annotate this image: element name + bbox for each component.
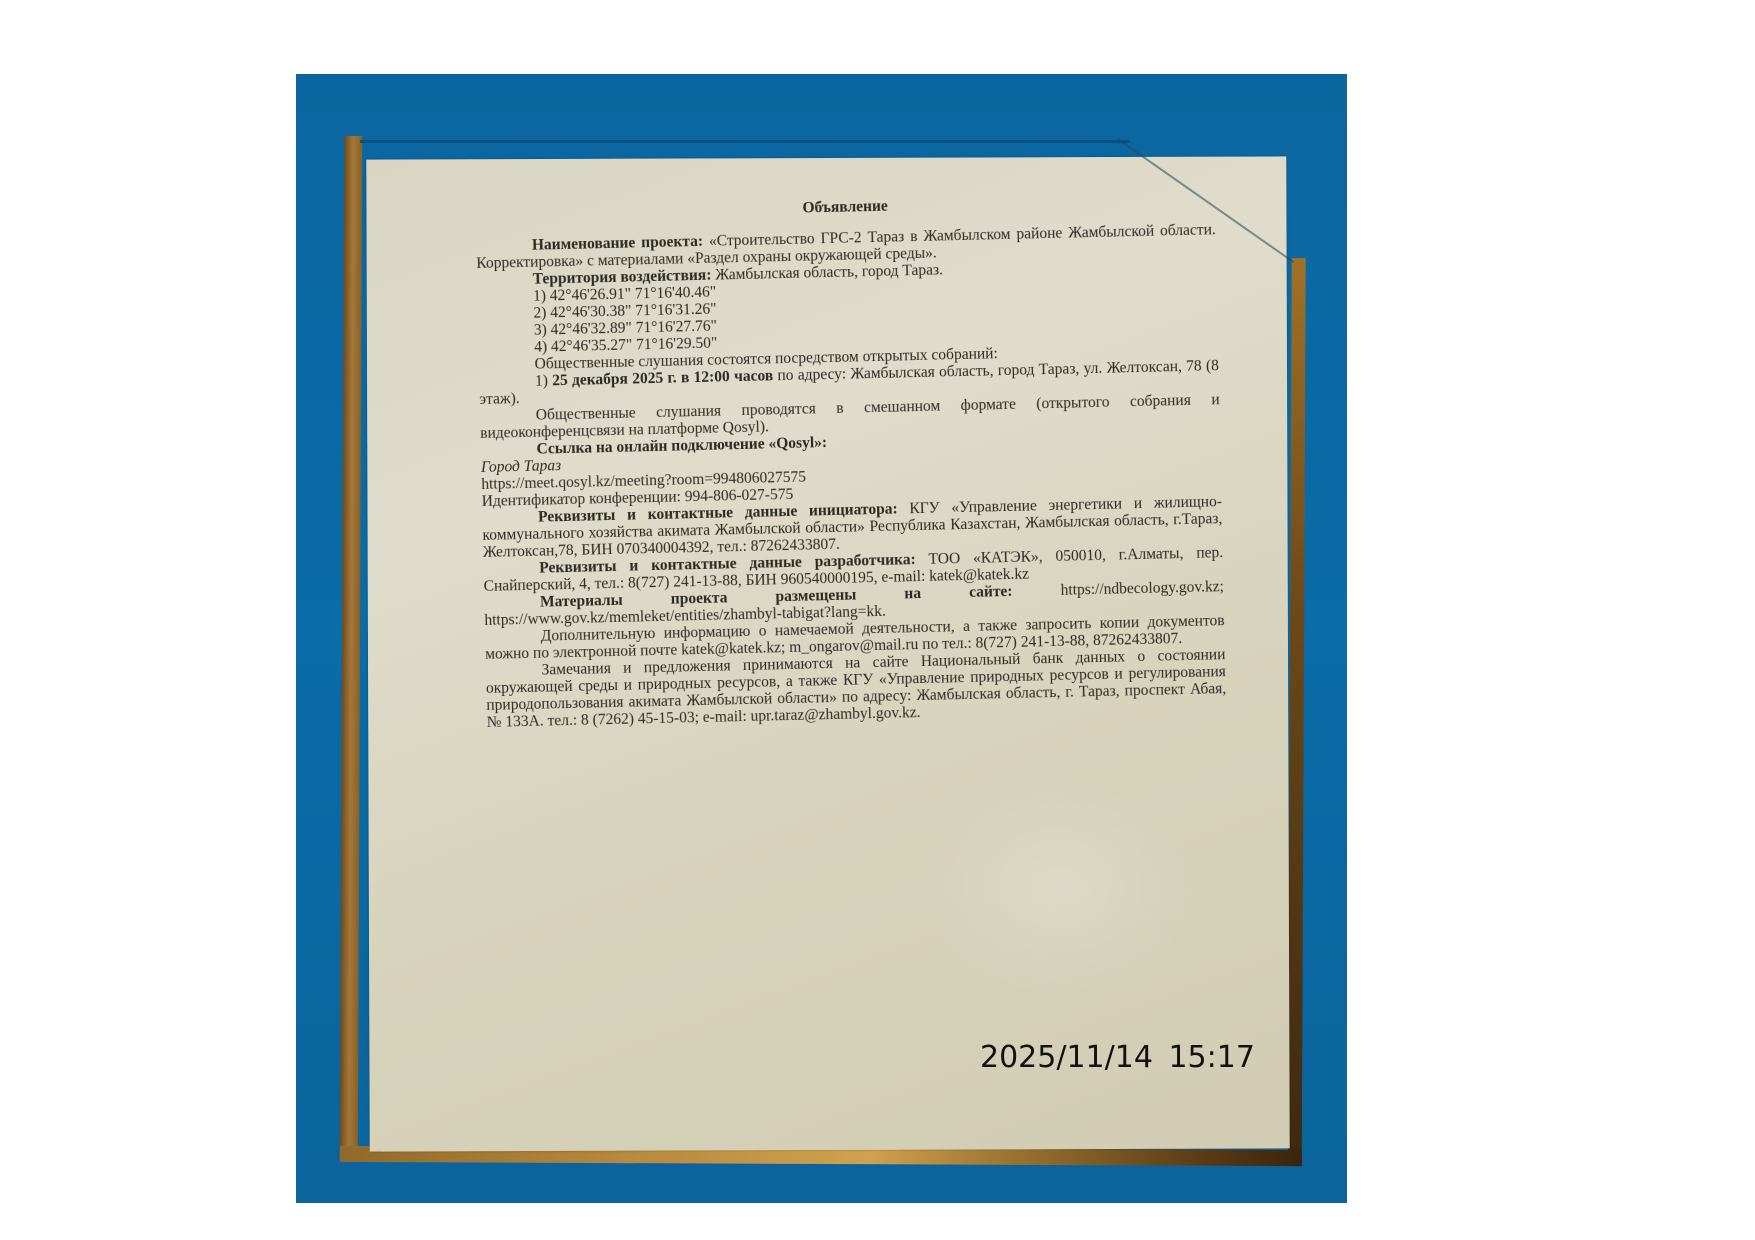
online-city-text: Город Тараз xyxy=(481,457,562,476)
announcement-document: Объявление Наименование проекта: «Строит… xyxy=(475,188,1227,731)
hearing-number: 1) xyxy=(535,372,548,389)
hearing-datetime: 25 декабря 2025 г. в 12:00 часов xyxy=(552,367,773,389)
frame-left-edge xyxy=(340,136,362,1160)
photo-timestamp: 2025/11/14 15:17 xyxy=(980,1040,1255,1075)
light-glare xyxy=(920,780,1200,1000)
frame-top-edge xyxy=(360,140,1130,143)
